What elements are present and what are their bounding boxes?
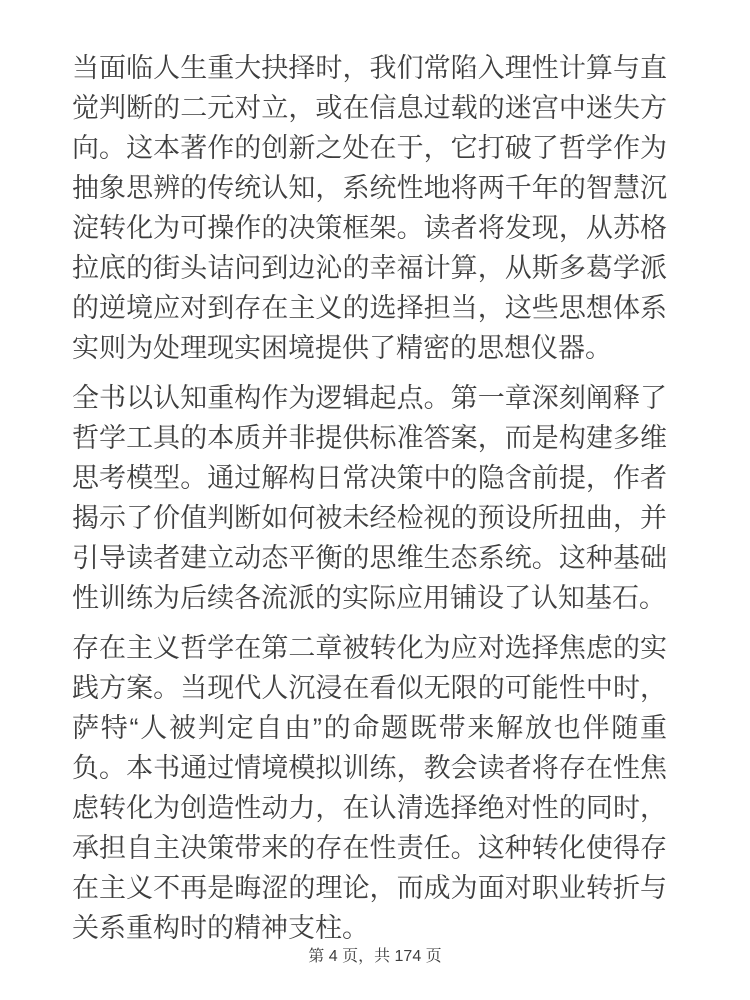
document-body: 当面临人生重大抉择时，我们常陷入理性计算与直觉判断的二元对立，或在信息过载的迷宫… [72,48,667,948]
paragraph-1: 当面临人生重大抉择时，我们常陷入理性计算与直觉判断的二元对立，或在信息过载的迷宫… [72,48,667,368]
paragraph-2: 全书以认知重构作为逻辑起点。第一章深刻阐释了哲学工具的本质并非提供标准答案，而是… [72,378,667,618]
document-page: 当面临人生重大抉择时，我们常陷入理性计算与直觉判断的二元对立，或在信息过载的迷宫… [0,0,750,1000]
paragraph-3: 存在主义哲学在第二章被转化为应对选择焦虑的实践方案。当现代人沉浸在看似无限的可能… [72,628,667,948]
page-number-footer: 第 4 页，共 174 页 [0,946,750,968]
